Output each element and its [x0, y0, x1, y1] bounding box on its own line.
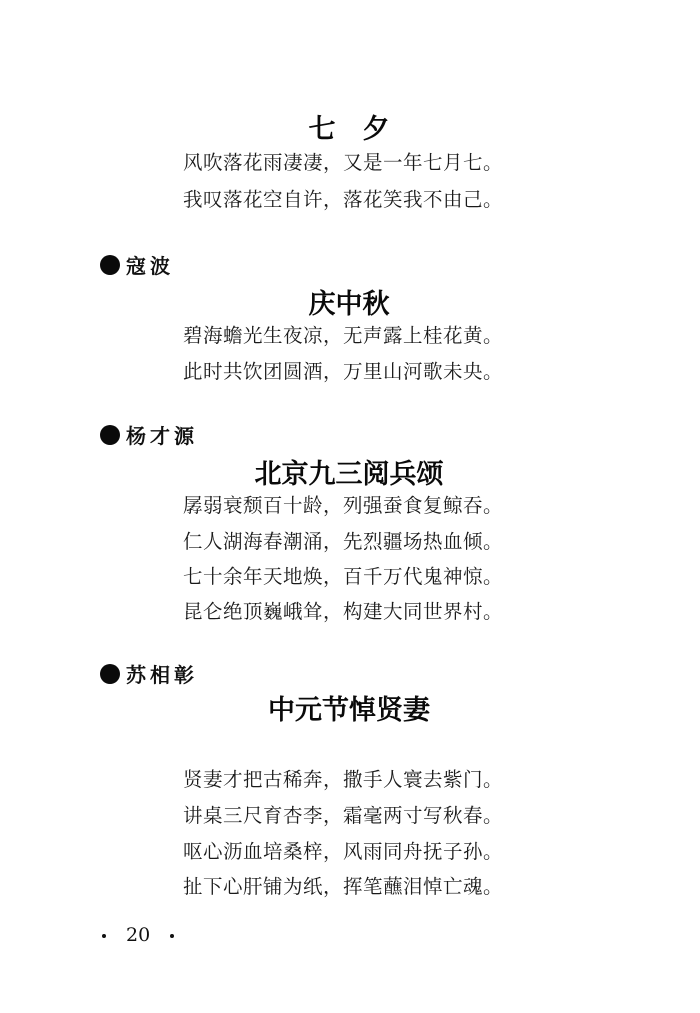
bullet-icon: [100, 425, 120, 445]
poem-title: 七 夕: [309, 107, 390, 146]
author-heading: 苏相彰: [100, 659, 198, 688]
author-heading: 杨才源: [100, 420, 198, 449]
poem-line: 仁人湖海春潮涌，先烈疆场热血倾。: [183, 526, 503, 554]
page-number-value: 20: [126, 924, 150, 946]
poem-line: 贤妻才把古稀奔，撒手人寰去紫门。: [183, 764, 503, 792]
poem-line: 此时共饮团圆酒，万里山河歌未央。: [183, 356, 503, 384]
poem-title: 庆中秋: [309, 282, 390, 321]
poem-line: 呕心沥血培桑梓，风雨同舟抚子孙。: [183, 836, 503, 864]
dot-icon: [102, 934, 106, 938]
poem-line: 扯下心肝铺为纸，挥笔蘸泪悼亡魂。: [183, 871, 503, 899]
poem-title: 中元节悼贤妻: [268, 688, 430, 727]
poem-title: 北京九三阅兵颂: [255, 452, 444, 491]
author-name: 杨才源: [126, 420, 198, 449]
poem-line: 碧海蟾光生夜凉，无声露上桂花黄。: [183, 320, 503, 348]
dot-icon: [170, 934, 174, 938]
bullet-icon: [100, 664, 120, 684]
poem-line: 七十余年天地焕，百千万代鬼神惊。: [183, 561, 503, 589]
bullet-icon: [100, 255, 120, 275]
author-name: 寇波: [126, 250, 174, 279]
poem-line: 风吹落花雨凄凄，又是一年七月七。: [183, 147, 503, 175]
poem-line: 我叹落花空自许，落花笑我不由己。: [183, 184, 503, 212]
author-heading: 寇波: [100, 250, 174, 279]
poem-line: 昆仑绝顶巍峨耸，构建大同世界村。: [183, 596, 503, 624]
page-number: 20: [102, 924, 174, 946]
poem-line: 孱弱衰颓百十龄，列强蚕食复鲸吞。: [183, 490, 503, 518]
author-name: 苏相彰: [126, 659, 198, 688]
poem-line: 讲桌三尺育杏李，霜毫两寸写秋春。: [183, 800, 503, 828]
